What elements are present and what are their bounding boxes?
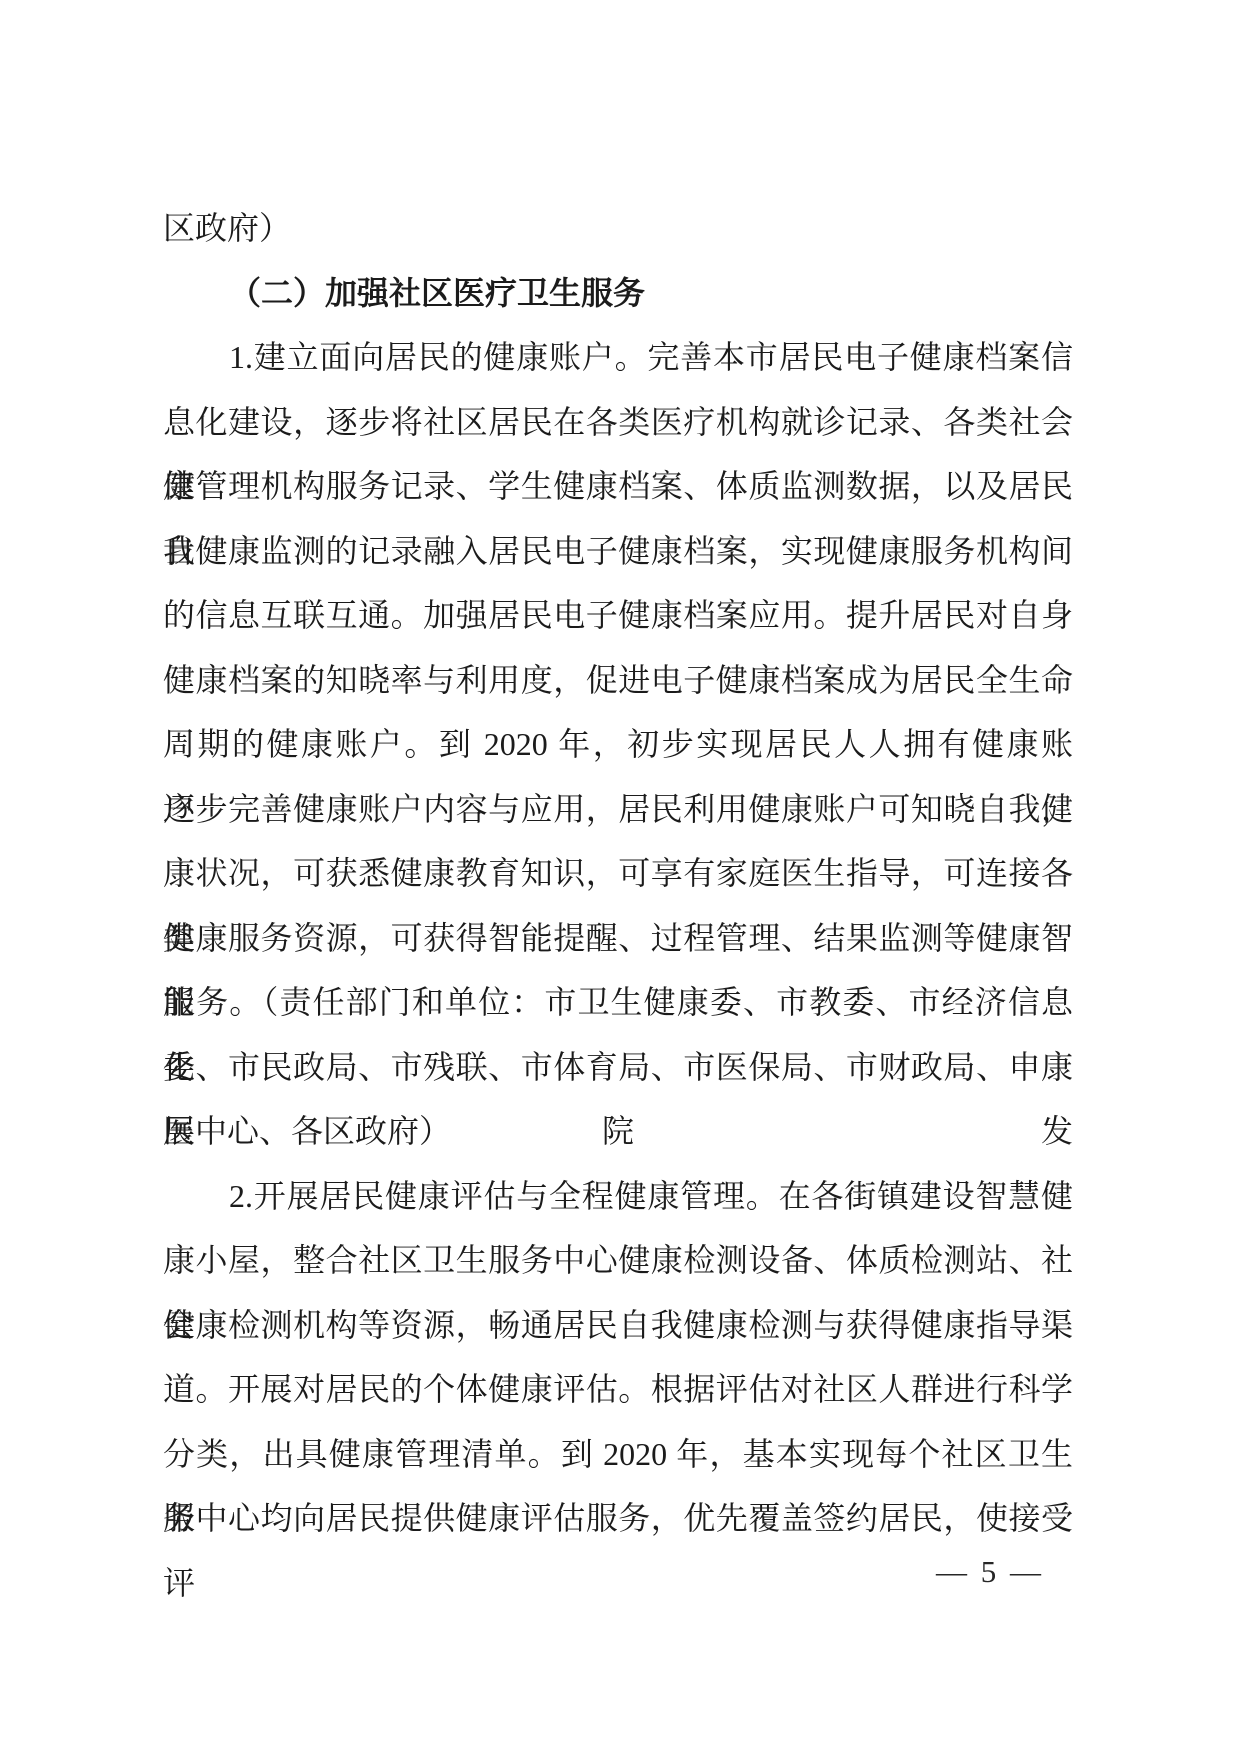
text-line: 务中心均向居民提供健康评估服务，优先覆盖签约居民，使接受评 (163, 1486, 1073, 1551)
text-line: 息化建设，逐步将社区居民在各类医疗机构就诊记录、各类社会健 (163, 390, 1073, 455)
paragraph-2-first-line: 2.开展居民健康评估与全程健康管理。在各街镇建设智慧健 (163, 1164, 1073, 1229)
text-line: 分类，出具健康管理清单。到 2020 年，基本实现每个社区卫生服 (163, 1422, 1073, 1487)
document-body: 区政府） （二）加强社区医疗卫生服务 1.建立面向居民的健康账户。完善本市居民电… (163, 196, 1073, 1551)
text-line: 委、市民政局、市残联、市体育局、市医保局、市财政局、申康医院发 (163, 1035, 1073, 1100)
section-heading: （二）加强社区医疗卫生服务 (163, 261, 1073, 326)
text-line-carryover: 区政府） (163, 196, 1073, 261)
text-line: 我健康监测的记录融入居民电子健康档案，实现健康服务机构间 (163, 519, 1073, 584)
text-line: 的信息互联互通。加强居民电子健康档案应用。提升居民对自身 (163, 583, 1073, 648)
text-line: 健康档案的知晓率与利用度，促进电子健康档案成为居民全生命 (163, 648, 1073, 713)
page-number: — 5 — (920, 1548, 1060, 1596)
text-line: 逐步完善健康账户内容与应用，居民利用健康账户可知晓自我健 (163, 777, 1073, 842)
paragraph-1-first-line: 1.建立面向居民的健康账户。完善本市居民电子健康档案信 (163, 325, 1073, 390)
text-line: 康状况，可获悉健康教育知识，可享有家庭医生指导，可连接各类 (163, 841, 1073, 906)
text-line: 服务。（责任部门和单位：市卫生健康委、市教委、市经济信息化 (163, 970, 1073, 1035)
text-line: 健康服务资源，可获得智能提醒、过程管理、结果监测等健康智能 (163, 906, 1073, 971)
text-line: 周期的健康账户。到 2020 年，初步实现居民人人拥有健康账户， (163, 712, 1073, 777)
text-line: 健康检测机构等资源，畅通居民自我健康检测与获得健康指导渠 (163, 1293, 1073, 1358)
text-line: 康管理机构服务记录、学生健康档案、体质监测数据，以及居民自 (163, 454, 1073, 519)
text-line: 道。开展对居民的个体健康评估。根据评估对社区人群进行科学 (163, 1357, 1073, 1422)
document-page: 区政府） （二）加强社区医疗卫生服务 1.建立面向居民的健康账户。完善本市居民电… (0, 0, 1241, 1754)
text-line: 康小屋，整合社区卫生服务中心健康检测设备、体质检测站、社会 (163, 1228, 1073, 1293)
